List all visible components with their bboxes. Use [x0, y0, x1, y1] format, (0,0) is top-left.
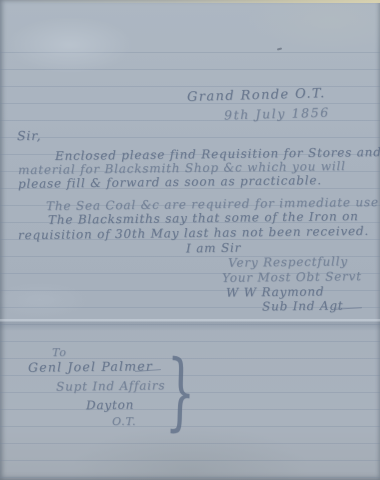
address-name: Genl Joel Palmer — [28, 359, 153, 375]
dateline-place: Grand Ronde O.T. — [187, 87, 326, 105]
body-line: please fill & forward as soon as practic… — [18, 173, 322, 191]
closing-line-3: Your Most Obt Servt — [222, 269, 362, 285]
address-brace: } — [165, 349, 192, 433]
fold-crease — [0, 319, 380, 331]
dateline-date: 9th July 1856 — [224, 106, 330, 123]
address-to: To — [52, 346, 67, 360]
address-city: Dayton — [86, 398, 134, 413]
letter-scan: Grand Ronde O.T. 9th July 1856 Sir, Encl… — [0, 0, 380, 480]
address-territory: O.T. — [112, 415, 136, 429]
salutation: Sir, — [17, 129, 42, 143]
ink-speck — [277, 47, 282, 50]
signature-title: Sub Ind Agt — [262, 299, 344, 314]
body-line: requisition of 30th May last has not bee… — [18, 224, 369, 242]
signature-name: W W Raymond — [226, 284, 325, 299]
closing-line-2: Very Respectfully — [228, 254, 348, 269]
pen-flourish — [334, 307, 362, 309]
scan-top-edge — [0, 0, 380, 3]
address-title: Supt Ind Affairs — [56, 378, 165, 393]
closing-line-1: I am Sir — [186, 241, 241, 256]
